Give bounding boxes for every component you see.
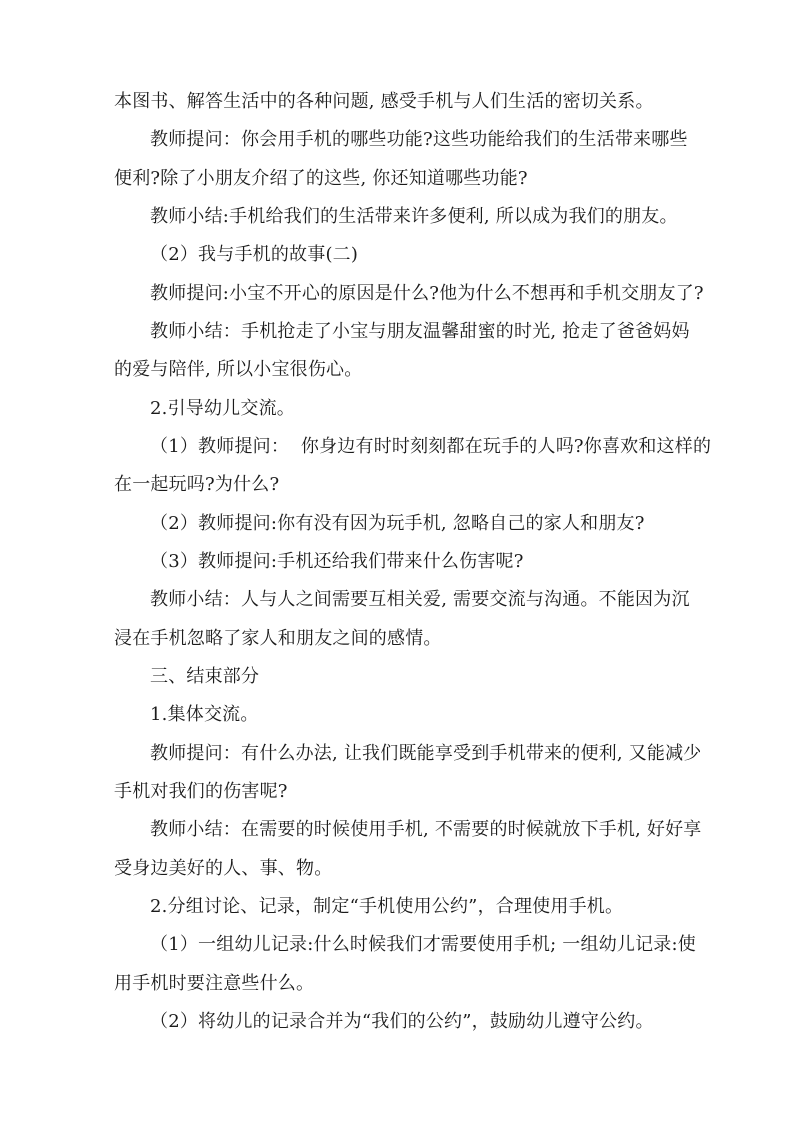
text-line: 本图书、解答生活中的各种问题, 感受手机与人们生活的密切关系。 bbox=[114, 83, 684, 121]
text-line: 1.集体交流。 bbox=[114, 696, 684, 734]
text-line: 三、结束部分 bbox=[114, 658, 684, 696]
text-line: 教师提问:小宝不开心的原因是什么?他为什么不想再和手机交朋友了? bbox=[114, 275, 684, 313]
text-line: 在一起玩吗?为什么? bbox=[114, 466, 684, 504]
text-line: 教师小结：人与人之间需要互相关爱, 需要交流与沟通。不能因为沉 bbox=[114, 581, 684, 619]
text-line: 教师小结：手机抢走了小宝与朋友温馨甜蜜的时光, 抢走了爸爸妈妈 bbox=[114, 313, 684, 351]
document-text-body: 本图书、解答生活中的各种问题, 感受手机与人们生活的密切关系。教师提问：你会用手… bbox=[114, 83, 684, 1041]
text-line: （3）教师提问:手机还给我们带来什么伤害呢? bbox=[114, 543, 684, 581]
text-line: 便利?除了小朋友介绍了的这些, 你还知道哪些功能? bbox=[114, 160, 684, 198]
text-line: 的爱与陪伴, 所以小宝很伤心。 bbox=[114, 351, 684, 389]
text-line: （1）一组幼儿记录:什么时候我们才需要使用手机; 一组幼儿记录:使 bbox=[114, 926, 684, 964]
text-line: 浸在手机忽略了家人和朋友之间的感情。 bbox=[114, 620, 684, 658]
text-line: 受身边美好的人、事、物。 bbox=[114, 850, 684, 888]
text-line: （2）教师提问:你有没有因为玩手机, 忽略自己的家人和朋友? bbox=[114, 505, 684, 543]
document-page: 本图书、解答生活中的各种问题, 感受手机与人们生活的密切关系。教师提问：你会用手… bbox=[0, 0, 794, 1123]
text-line: 2.分组讨论、记录，制定“手机使用公约”，合理使用手机。 bbox=[114, 888, 684, 926]
text-line: （1）教师提问： 你身边有时时刻刻都在玩手的人吗?你喜欢和这样的 bbox=[114, 428, 684, 466]
text-line: 教师提问：你会用手机的哪些功能?这些功能给我们的生活带来哪些 bbox=[114, 121, 684, 159]
text-line: 2.引导幼儿交流。 bbox=[114, 390, 684, 428]
text-line: 教师提问：有什么办法, 让我们既能享受到手机带来的便利, 又能减少 bbox=[114, 735, 684, 773]
text-line: 教师小结：在需要的时候使用手机, 不需要的时候就放下手机, 好好享 bbox=[114, 811, 684, 849]
text-line: （2）将幼儿的记录合并为“我们的公约”，鼓励幼儿遵守公约。 bbox=[114, 1003, 684, 1041]
text-line: 手机对我们的伤害呢? bbox=[114, 773, 684, 811]
text-line: 教师小结:手机给我们的生活带来许多便利, 所以成为我们的朋友。 bbox=[114, 198, 684, 236]
text-line: 用手机时要注意些什么。 bbox=[114, 965, 684, 1003]
text-line: （2）我与手机的故事(二) bbox=[114, 236, 684, 274]
